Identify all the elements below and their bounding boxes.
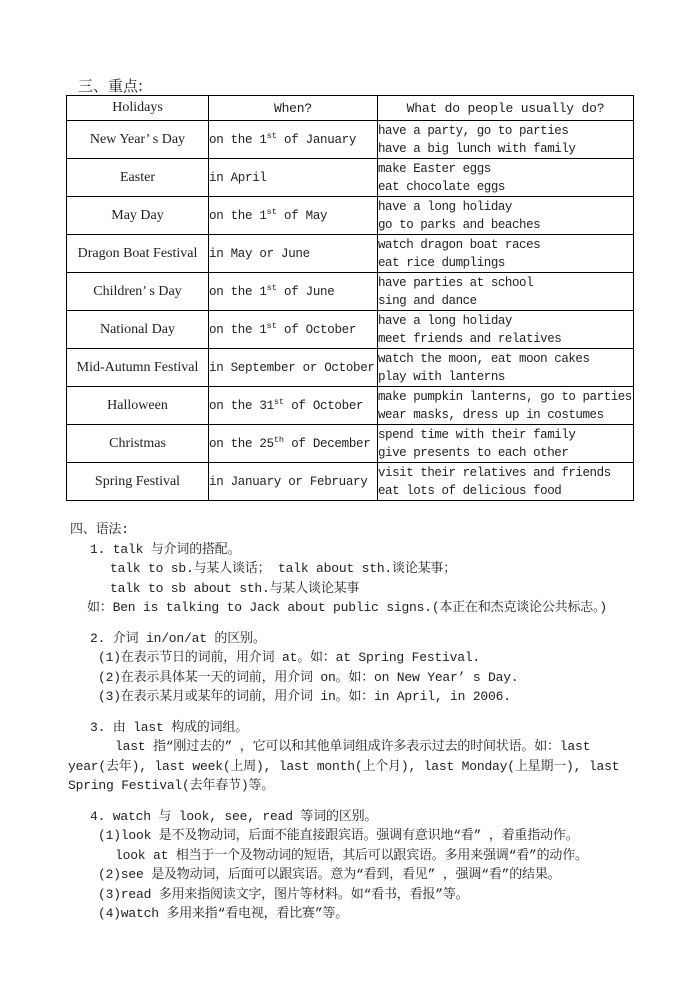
holiday-cell: Easter (67, 159, 209, 197)
table-row: Christmason the 25th of Decemberspend ti… (67, 425, 634, 463)
grammar-line: talk to sb about sth.与某人谈论某事 (110, 579, 695, 599)
activity-line: sing and dance (378, 292, 633, 310)
holiday-cell: Spring Festival (67, 463, 209, 501)
grammar-line: last 指“刚过去的” ，它可以和其他单词组成许多表示过去的时间状语。如：la… (115, 737, 695, 757)
grammar-line: (1)look 是不及物动词，后面不能直接跟宾语。强调有意识地“看” ，着重指动… (98, 826, 695, 846)
section-grammar-title: 四、语法: (70, 520, 695, 540)
activity-line: make pumpkin lanterns, go to parties (378, 388, 633, 406)
table-row: Mid-Autumn Festivalin September or Octob… (67, 349, 634, 387)
grammar-line: 1. talk 与介词的搭配。 (90, 540, 695, 560)
when-cell: on the 25th of December (209, 425, 378, 463)
when-cell: on the 1st of June (209, 273, 378, 311)
grammar-line: (2)在表示具体某一天的词前，用介词 on。如：on New Year’ s D… (98, 668, 695, 688)
activities-cell: have a long holidaymeet friends and rela… (378, 311, 634, 349)
table-header-row: Holidays When? What do people usually do… (67, 96, 634, 121)
holiday-cell: Mid-Autumn Festival (67, 349, 209, 387)
table-row: Easterin Aprilmake Easter eggseat chocol… (67, 159, 634, 197)
when-cell: on the 1st of October (209, 311, 378, 349)
table-row: Dragon Boat Festivalin May or Junewatch … (67, 235, 634, 273)
activity-line: eat lots of delicious food (378, 482, 633, 500)
activity-line: have a big lunch with family (378, 140, 633, 158)
when-cell: on the 1st of May (209, 197, 378, 235)
document-page: 三、重点: Holidays When? What do people usua… (0, 0, 695, 982)
when-cell: on the 1st of January (209, 121, 378, 159)
grammar-line: (3)read 多用来指阅读文字，图片等材料。如“看书，看报”等。 (98, 885, 695, 905)
activity-line: eat rice dumplings (378, 254, 633, 272)
activities-cell: make Easter eggseat chocolate eggs (378, 159, 634, 197)
activity-line: meet friends and relatives (378, 330, 633, 348)
holiday-cell: National Day (67, 311, 209, 349)
grammar-line: (3)在表示某月或某年的词前，用介词 in。如：in April, in 200… (98, 687, 695, 707)
when-cell: on the 31st of October (209, 387, 378, 425)
col-header-holidays: Holidays (67, 96, 209, 121)
table-row: May Dayon the 1st of Mayhave a long holi… (67, 197, 634, 235)
activity-line: wear masks, dress up in costumes (378, 406, 633, 424)
when-cell: in May or June (209, 235, 378, 273)
section-keypoints-title: 三、重点: (78, 78, 695, 95)
activity-line: eat chocolate eggs (378, 178, 633, 196)
activity-line: give presents to each other (378, 444, 633, 462)
table-row: Children’ s Dayon the 1st of Junehave pa… (67, 273, 634, 311)
activities-cell: spend time with their familygive present… (378, 425, 634, 463)
holiday-cell: May Day (67, 197, 209, 235)
grammar-line: (2)see 是及物动词，后面可以跟宾语。意为“看到，看见” ，强调“看”的结果… (98, 865, 695, 885)
table-row: Spring Festivalin January or Februaryvis… (67, 463, 634, 501)
activities-cell: watch the moon, eat moon cakesplay with … (378, 349, 634, 387)
activity-line: watch dragon boat races (378, 236, 633, 254)
col-header-when: When? (209, 96, 378, 121)
table-row: New Year’ s Dayon the 1st of Januaryhave… (67, 121, 634, 159)
activity-line: watch the moon, eat moon cakes (378, 350, 633, 368)
activity-line: visit their relatives and friends (378, 464, 633, 482)
when-cell: in September or October (209, 349, 378, 387)
activities-cell: have parties at schoolsing and dance (378, 273, 634, 311)
grammar-line: (1)在表示节日的词前，用介词 at。如：at Spring Festival. (98, 648, 695, 668)
activity-line: have a long holiday (378, 312, 633, 330)
grammar-line: year(去年), last week(上周), last month(上个月)… (68, 757, 695, 777)
activity-line: have a long holiday (378, 198, 633, 216)
holiday-cell: Christmas (67, 425, 209, 463)
activity-line: play with lanterns (378, 368, 633, 386)
when-cell: in January or February (209, 463, 378, 501)
grammar-line: 2. 介词 in/on/at 的区别。 (90, 629, 695, 649)
activities-cell: have a long holidaygo to parks and beach… (378, 197, 634, 235)
holidays-table: Holidays When? What do people usually do… (66, 95, 634, 501)
activities-cell: have a party, go to partieshave a big lu… (378, 121, 634, 159)
holiday-cell: New Year’ s Day (67, 121, 209, 159)
grammar-line: talk to sb.与某人谈话； talk about sth.谈论某事； (110, 559, 695, 579)
activity-line: have parties at school (378, 274, 633, 292)
table-row: National Dayon the 1st of Octoberhave a … (67, 311, 634, 349)
grammar-line: 如：Ben is talking to Jack about public si… (87, 598, 695, 618)
activities-cell: visit their relatives and friendseat lot… (378, 463, 634, 501)
col-header-activities: What do people usually do? (378, 96, 634, 121)
grammar-line: 3. 由 last 构成的词组。 (90, 718, 695, 738)
holiday-cell: Children’ s Day (67, 273, 209, 311)
grammar-line: Spring Festival(去年春节)等。 (68, 776, 695, 796)
table-row: Halloweenon the 31st of Octobermake pump… (67, 387, 634, 425)
activity-line: make Easter eggs (378, 160, 633, 178)
holiday-cell: Dragon Boat Festival (67, 235, 209, 273)
activity-line: have a party, go to parties (378, 122, 633, 140)
grammar-line: (4)watch 多用来指“看电视，看比赛”等。 (98, 904, 695, 924)
activities-cell: make pumpkin lanterns, go to partieswear… (378, 387, 634, 425)
when-cell: in April (209, 159, 378, 197)
activity-line: go to parks and beaches (378, 216, 633, 234)
holiday-cell: Halloween (67, 387, 209, 425)
grammar-section: 四、语法:1. talk 与介词的搭配。talk to sb.与某人谈话； ta… (68, 520, 695, 924)
grammar-line: look at 相当于一个及物动词的短语，其后可以跟宾语。多用来强调“看”的动作… (115, 846, 695, 866)
grammar-line: 4. watch 与 look, see, read 等词的区别。 (90, 807, 695, 827)
activity-line: spend time with their family (378, 426, 633, 444)
activities-cell: watch dragon boat raceseat rice dumpling… (378, 235, 634, 273)
